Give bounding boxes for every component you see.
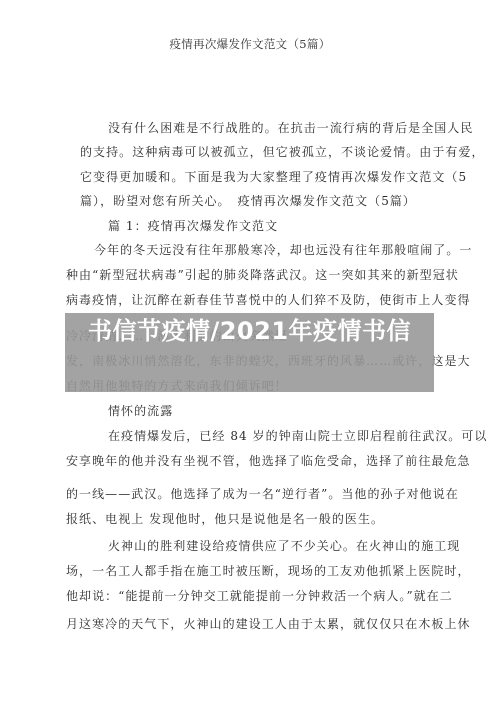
paragraph-line: 没有什么困难是不行战胜的。在抗击一流行病的背后是全国人民 (108, 120, 473, 136)
paragraph-line: 月这寒冷的天气下，火神山的建设工人由于太累，就仅仅只在木板上休 (66, 616, 471, 632)
paragraph-line: 场，一名工人都手指在施工时被压断，现场的工友劝他抓紧上医院时， (66, 563, 471, 579)
paragraph-line: 的支持。这种病毒可以被孤立，但它被孤立，不谈论爱情。由于有爱， (80, 144, 485, 160)
paragraph-line: 篇 1：疫情再次爆发作文范文 (108, 218, 278, 234)
paragraph-line: 的一线——武汉。他选择了成为一名“逆行者”。当他的孙子对他说在 (66, 486, 459, 502)
paragraph-line: 病毒疫情，让沉醉在新春佳节喜悦中的人们猝不及防，使街市上人变得 (66, 292, 471, 308)
paragraph-line: 篇），盼望对您有所关心。 疫情再次爆发作文范文（5篇） (80, 193, 416, 209)
paragraph-line: 种由“新型冠状病毒”引起的肺炎降落武汉。这一突如其来的新型冠状 (66, 267, 459, 283)
paragraph-line: 火神山的胜利建设给疫情供应了不少关心。在火神山的施工现 (108, 538, 460, 554)
paragraph-line: 它变得更加暖和。下面是我为大家整理了疫情再次爆发作文范文（5 (80, 169, 467, 185)
document-title: 疫情再次爆发作文范文（5篇） (0, 36, 500, 52)
paragraph-line: 今年的冬天远没有往年那般寒冷，却也远没有往年那般喧闹了。一 (94, 242, 472, 258)
paragraph-line: 情怀的流露 (108, 403, 173, 419)
paragraph-line: 报纸、电视上 发现他时，他只是说他是名一般的医生。 (66, 511, 384, 527)
overlay-title: 书信节疫情/2021年疫情书信 (65, 316, 434, 346)
document-page: 疫情再次爆发作文范文（5篇） 没有什么困难是不行战胜的。在抗击一流行病的背后是全… (0, 0, 500, 706)
paragraph-line: 他却说：“能提前一分钟交工就能提前一分钟救活一个病人。”就在二 (66, 588, 453, 604)
paragraph-line: 安享晚年的他并没有坐视不管，他选择了临危受命，选择了前往最危急 (66, 453, 471, 469)
paragraph-line: 在疫情爆发后，已经 84 岁的钟南山院士立即启程前往武汉。可以 (108, 428, 487, 444)
